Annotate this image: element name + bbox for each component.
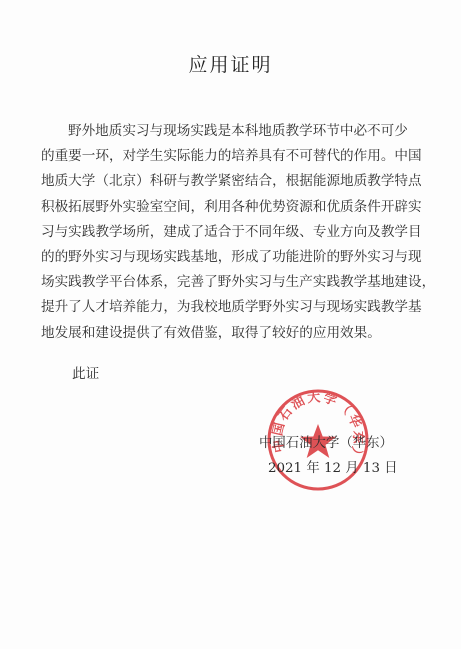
document-page: 应用证明 野外地质实习与现场实践是本科地质教学环节中必不可少 的重要一环，对学生… [0,0,461,649]
signature-organization: 中国石油大学（华东） [259,432,393,451]
body-line: 的的野外实习与现场实践基地，形成了功能进阶的野外实习与现 [41,245,437,270]
document-body: 野外地质实习与现场实践是本科地质教学环节中必不可少 的重要一环，对学生实际能力的… [41,119,437,346]
body-line: 野外地质实习与现场实践是本科地质教学环节中必不可少 [41,119,437,144]
document-title: 应用证明 [0,50,461,77]
body-line: 提升了人才培养能力，为我校地质学野外实习与现场实践教学基 [41,295,437,320]
body-line: 场实践教学平台体系，完善了野外实习与生产实践教学基地建设， [41,270,437,295]
closing-text: 此证 [72,362,99,382]
signature-date: 2021 年 12 月 13 日 [268,457,398,476]
body-line: 地发展和建设提供了有效借鉴，取得了较好的应用效果。 [41,321,437,346]
body-line: 习与实践教学场所，建成了适合于不同年级、专业方向及教学目 [41,220,437,245]
body-line: 积极拓展野外实验室空间，利用各种优势资源和优质条件开辟实 [41,195,437,220]
body-line: 的重要一环，对学生实际能力的培养具有不可替代的作用。中国 [41,144,437,169]
body-line: 地质大学（北京）科研与教学紧密结合，根据能源地质教学特点 [41,169,437,194]
